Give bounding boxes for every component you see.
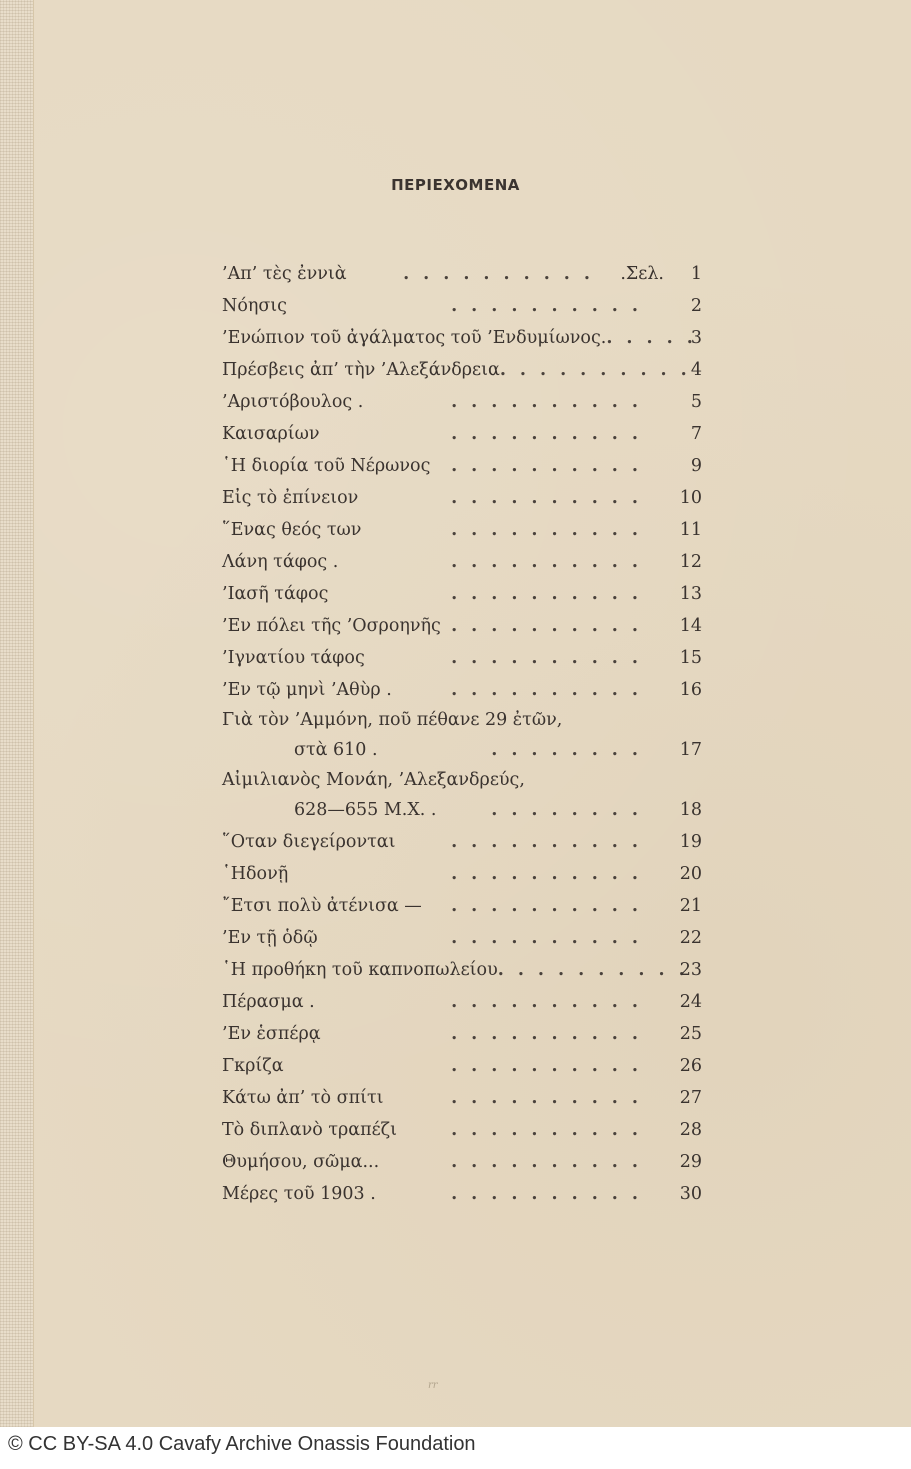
toc-page-number: 27: [680, 1082, 702, 1114]
toc-entry: ’Ιασῆ τάφος..........13: [222, 578, 704, 610]
toc-page-number: 13: [680, 578, 702, 610]
toc-entry: ’Απ’ τὲς ἐννιὰ...........Σελ.1: [222, 258, 704, 290]
toc-page-number: 30: [680, 1178, 702, 1210]
dot-leader: ..........: [498, 954, 704, 986]
toc-entry-title: Αἰμιλιανὸς Μονάη, ’Αλεξανδρεύς,: [222, 766, 525, 794]
toc-entry: Πρέσβεις ἀπ’ τὴν ’Αλεξάνδρεια..........4: [222, 354, 704, 386]
toc-page-number: 5: [691, 386, 702, 418]
toc-entry: Θυμήσου, σῶμα.............29: [222, 1146, 704, 1178]
toc-page-number: 2: [691, 290, 702, 322]
license-credit: © CC BY-SA 4.0 Cavafy Archive Onassis Fo…: [8, 1433, 476, 1456]
dot-leader: ..........: [315, 986, 704, 1018]
dot-leader: ..........: [365, 642, 704, 674]
dot-leader: ..........: [284, 1050, 704, 1082]
toc-entry-title: Γιὰ τὸν ’Αμμόνη, ποῦ πέθανε 29 ἐτῶν,: [222, 706, 562, 734]
toc-entry: ’Εν τῷ μηνὶ ’Αθὺρ ...........16: [222, 674, 704, 706]
toc-entry-title: ῎Ετσι πολὺ ἀτένισα —: [222, 890, 422, 922]
dot-leader: ..........: [358, 482, 704, 514]
toc-page-number: 29: [680, 1146, 702, 1178]
dot-leader: ..........: [376, 1178, 704, 1210]
toc-entry-title: Τὸ διπλανὸ τραπέζι: [222, 1114, 397, 1146]
page-title: ΠΕΡΙΕΧΟΜΕΝΑ: [0, 176, 911, 194]
toc-entry-continuation: 628—655 Μ.Χ. .........18: [222, 794, 704, 826]
scanned-page: ΠΕΡΙΕΧΟΜΕΝΑ ’Απ’ τὲς ἐννιὰ...........Σελ…: [0, 0, 911, 1427]
dot-leader: ..........: [318, 922, 704, 954]
toc-page-number: 22: [680, 922, 702, 954]
toc-entry-title: ῞Οταν διεγείρονται: [222, 826, 395, 858]
dot-leader: ..........: [397, 1114, 704, 1146]
dot-leader: ..........: [321, 1018, 704, 1050]
toc-entry: ῞Ενας θεός των..........11: [222, 514, 704, 546]
toc-entry-title: ’Αριστόβουλος .: [222, 386, 363, 418]
toc-page-number: 24: [680, 986, 702, 1018]
toc-page-number: 26: [680, 1050, 702, 1082]
toc-page-number: 28: [680, 1114, 702, 1146]
table-of-contents: ’Απ’ τὲς ἐννιὰ...........Σελ.1Νόησις....…: [222, 258, 704, 1210]
toc-entry-title: Θυμήσου, σῶμα...: [222, 1146, 379, 1178]
toc-entry-title: ῾Η διορία τοῦ Νέρωνος: [222, 450, 430, 482]
toc-entry: Κάτω ἀπ’ τὸ σπίτι..........27: [222, 1082, 704, 1114]
toc-entry-title: ’Εν ἑσπέρᾳ: [222, 1018, 321, 1050]
toc-entry-title: ’Εν τῇ ὁδῷ: [222, 922, 318, 954]
toc-entry: Εἰς τὸ ἐπίνειον..........10: [222, 482, 704, 514]
toc-entry: ῞Οταν διεγείρονται..........19: [222, 826, 704, 858]
toc-entry-title: Νόησις: [222, 290, 287, 322]
dot-leader: ..........: [422, 890, 704, 922]
dot-leader: ..........: [363, 386, 704, 418]
toc-entry-title: Γκρίζα: [222, 1050, 284, 1082]
dot-leader: ..........: [328, 578, 704, 610]
toc-entry: ῾Ηδονῇ..........20: [222, 858, 704, 890]
toc-entry: ῾Η προθήκη τοῦ καπνοπωλείου..........23: [222, 954, 704, 986]
toc-entry: ’Αριστόβουλος ...........5: [222, 386, 704, 418]
dot-leader: ..........: [288, 858, 704, 890]
toc-entry: ’Εν πόλει τῆς ’Οσροηνῆς..........14: [222, 610, 704, 642]
toc-entry-title: Καισαρίων: [222, 418, 320, 450]
toc-page-number: 1: [691, 258, 702, 290]
toc-page-number: 23: [680, 954, 702, 986]
toc-entry: ’Εν ἑσπέρᾳ..........25: [222, 1018, 704, 1050]
toc-page-number: 3: [691, 322, 702, 354]
toc-entry: Αἰμιλιανὸς Μονάη, ’Αλεξανδρεύς,: [222, 766, 704, 794]
toc-entry: Γιὰ τὸν ’Αμμόνη, ποῦ πέθανε 29 ἐτῶν,: [222, 706, 704, 734]
toc-entry: ῎Ετσι πολὺ ἀτένισα —..........21: [222, 890, 704, 922]
toc-entry-title: ’Απ’ τὲς ἐννιὰ: [222, 258, 347, 290]
book-spine-binding: [0, 0, 34, 1427]
dot-leader: ..........: [379, 1146, 704, 1178]
toc-entry: Γκρίζα..........26: [222, 1050, 704, 1082]
toc-entry-title: ’Ιασῆ τάφος: [222, 578, 328, 610]
toc-entry: ’Ιγνατίου τάφος..........15: [222, 642, 704, 674]
toc-page-number: 14: [680, 610, 702, 642]
toc-entry-title: Εἰς τὸ ἐπίνειον: [222, 482, 358, 514]
dot-leader: ..........: [395, 826, 704, 858]
toc-entry: Πέρασμα ...........24: [222, 986, 704, 1018]
toc-entry: Καισαρίων..........7: [222, 418, 704, 450]
toc-entry-title: ’Ενώπιον τοῦ ἀγάλματος τοῦ ’Ενδυμίωνος.: [222, 322, 606, 354]
toc-entry: ῾Η διορία τοῦ Νέρωνος..........9: [222, 450, 704, 482]
toc-entry: Τὸ διπλανὸ τραπέζι..........28: [222, 1114, 704, 1146]
footer-mark: rr: [428, 1380, 438, 1391]
toc-page-number: 17: [680, 734, 702, 766]
toc-entry: ’Εν τῇ ὁδῷ..........22: [222, 922, 704, 954]
dot-leader: ........: [378, 734, 704, 766]
dot-leader: ..........: [287, 290, 704, 322]
toc-page-number: 25: [680, 1018, 702, 1050]
toc-page-number: 10: [680, 482, 702, 514]
dot-leader: ..........: [430, 450, 704, 482]
toc-entry-title: ’Ιγνατίου τάφος: [222, 642, 365, 674]
toc-page-number: 18: [680, 794, 702, 826]
toc-page-number: 21: [680, 890, 702, 922]
toc-entry-title: ’Εν τῷ μηνὶ ’Αθὺρ .: [222, 674, 392, 706]
toc-entry-title: Κάτω ἀπ’ τὸ σπίτι: [222, 1082, 383, 1114]
toc-entry: Λάνη τάφος ...........12: [222, 546, 704, 578]
toc-page-number: 12: [680, 546, 702, 578]
dot-leader: ..........: [338, 546, 704, 578]
toc-entry: ’Ενώπιον τοῦ ἀγάλματος τοῦ ’Ενδυμίωνος..…: [222, 322, 704, 354]
dot-leader: ..........: [392, 674, 704, 706]
toc-entry-title-continued: 628—655 Μ.Χ. .: [222, 794, 437, 826]
toc-entry-title-continued: στὰ 610 .: [222, 734, 378, 766]
dot-leader: ..........: [361, 514, 704, 546]
dot-leader: ........: [437, 794, 705, 826]
toc-page-number: 9: [691, 450, 702, 482]
dot-leader: ..........: [320, 418, 704, 450]
toc-page-number: 20: [680, 858, 702, 890]
toc-page-number: 11: [680, 514, 702, 546]
toc-entry-title: Μέρες τοῦ 1903 .: [222, 1178, 376, 1210]
dot-leader: ..........: [383, 1082, 704, 1114]
dot-leader: ..........: [606, 322, 704, 354]
toc-page-number: 15: [680, 642, 702, 674]
toc-page-number: 4: [691, 354, 702, 386]
page-label: .Σελ.: [620, 258, 664, 290]
toc-entry: Μέρες τοῦ 1903 ...........30: [222, 1178, 704, 1210]
toc-entry-title: ῞Ενας θεός των: [222, 514, 361, 546]
dot-leader: ..........: [500, 354, 704, 386]
toc-entry-title: Πέρασμα .: [222, 986, 315, 1018]
toc-entry-title: Πρέσβεις ἀπ’ τὴν ’Αλεξάνδρεια: [222, 354, 500, 386]
dot-leader: ..........: [441, 610, 704, 642]
toc-entry-title: ῾Η προθήκη τοῦ καπνοπωλείου: [222, 954, 498, 986]
toc-page-number: 19: [680, 826, 702, 858]
toc-entry-title: Λάνη τάφος .: [222, 546, 338, 578]
toc-entry-title: ’Εν πόλει τῆς ’Οσροηνῆς: [222, 610, 441, 642]
toc-entry-continuation: στὰ 610 .........17: [222, 734, 704, 766]
toc-page-number: 7: [691, 418, 702, 450]
toc-page-number: 16: [680, 674, 702, 706]
toc-entry: Νόησις..........2: [222, 290, 704, 322]
toc-entry-title: ῾Ηδονῇ: [222, 858, 288, 890]
